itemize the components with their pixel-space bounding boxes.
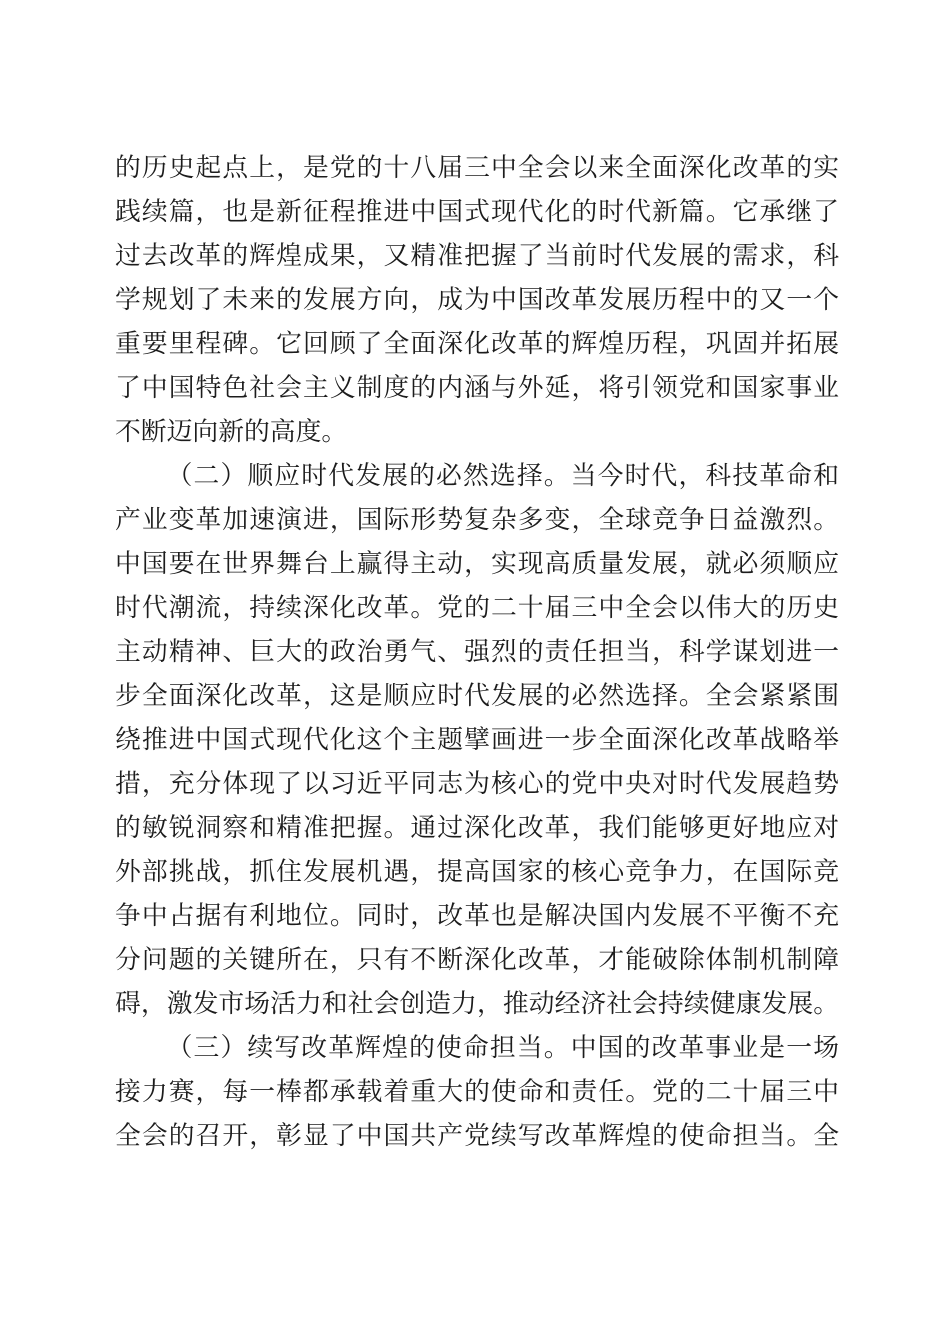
text-line: 步全面深化改革，这是顺应时代发展的必然选择。全会紧紧围 xyxy=(115,674,839,718)
paragraph-section-2: （二）顺应时代发展的必然选择。当今时代，科技革命和 产业变革加速演进，国际形势复… xyxy=(115,454,839,1026)
text-line: 中国要在世界舞台上赢得主动，实现高质量发展，就必须顺应 xyxy=(115,542,839,586)
text-line: 学规划了未来的发展方向，成为中国改革发展历程中的又一个 xyxy=(115,278,839,322)
text-line: 措，充分体现了以习近平同志为核心的党中央对时代发展趋势 xyxy=(115,762,839,806)
text-line: 时代潮流，持续深化改革。党的二十届三中全会以伟大的历史 xyxy=(115,586,839,630)
text-line: 碍，激发市场活力和社会创造力，推动经济社会持续健康发展。 xyxy=(115,982,839,1026)
text-line: 不断迈向新的高度。 xyxy=(115,410,839,454)
text-line: 了中国特色社会主义制度的内涵与外延，将引领党和国家事业 xyxy=(115,366,839,410)
text-line: 外部挑战，抓住发展机遇，提高国家的核心竞争力，在国际竞 xyxy=(115,850,839,894)
text-line: 争中占据有利地位。同时，改革也是解决国内发展不平衡不充 xyxy=(115,894,839,938)
document-body: 的历史起点上，是党的十八届三中全会以来全面深化改革的实 践续篇，也是新征程推进中… xyxy=(115,146,839,1158)
text-line: 重要里程碑。它回顾了全面深化改革的辉煌历程，巩固并拓展 xyxy=(115,322,839,366)
text-line: 主动精神、巨大的政治勇气、强烈的责任担当，科学谋划进一 xyxy=(115,630,839,674)
text-line: 分问题的关键所在，只有不断深化改革，才能破除体制机制障 xyxy=(115,938,839,982)
text-line: 的历史起点上，是党的十八届三中全会以来全面深化改革的实 xyxy=(115,146,839,190)
text-line: 产业变革加速演进，国际形势复杂多变，全球竞争日益激烈。 xyxy=(115,498,839,542)
paragraph-continuation: 的历史起点上，是党的十八届三中全会以来全面深化改革的实 践续篇，也是新征程推进中… xyxy=(115,146,839,454)
text-line: 绕推进中国式现代化这个主题擘画进一步全面深化改革战略举 xyxy=(115,718,839,762)
text-line: （二）顺应时代发展的必然选择。当今时代，科技革命和 xyxy=(115,454,839,498)
text-line: 过去改革的辉煌成果，又精准把握了当前时代发展的需求，科 xyxy=(115,234,839,278)
text-line: 的敏锐洞察和精准把握。通过深化改革，我们能够更好地应对 xyxy=(115,806,839,850)
text-line: 接力赛，每一棒都承载着重大的使命和责任。党的二十届三中 xyxy=(115,1070,839,1114)
text-line: 全会的召开，彰显了中国共产党续写改革辉煌的使命担当。全 xyxy=(115,1114,839,1158)
paragraph-section-3: （三）续写改革辉煌的使命担当。中国的改革事业是一场 接力赛，每一棒都承载着重大的… xyxy=(115,1026,839,1158)
text-line: （三）续写改革辉煌的使命担当。中国的改革事业是一场 xyxy=(115,1026,839,1070)
document-page: 的历史起点上，是党的十八届三中全会以来全面深化改革的实 践续篇，也是新征程推进中… xyxy=(0,0,950,1344)
text-line: 践续篇，也是新征程推进中国式现代化的时代新篇。它承继了 xyxy=(115,190,839,234)
